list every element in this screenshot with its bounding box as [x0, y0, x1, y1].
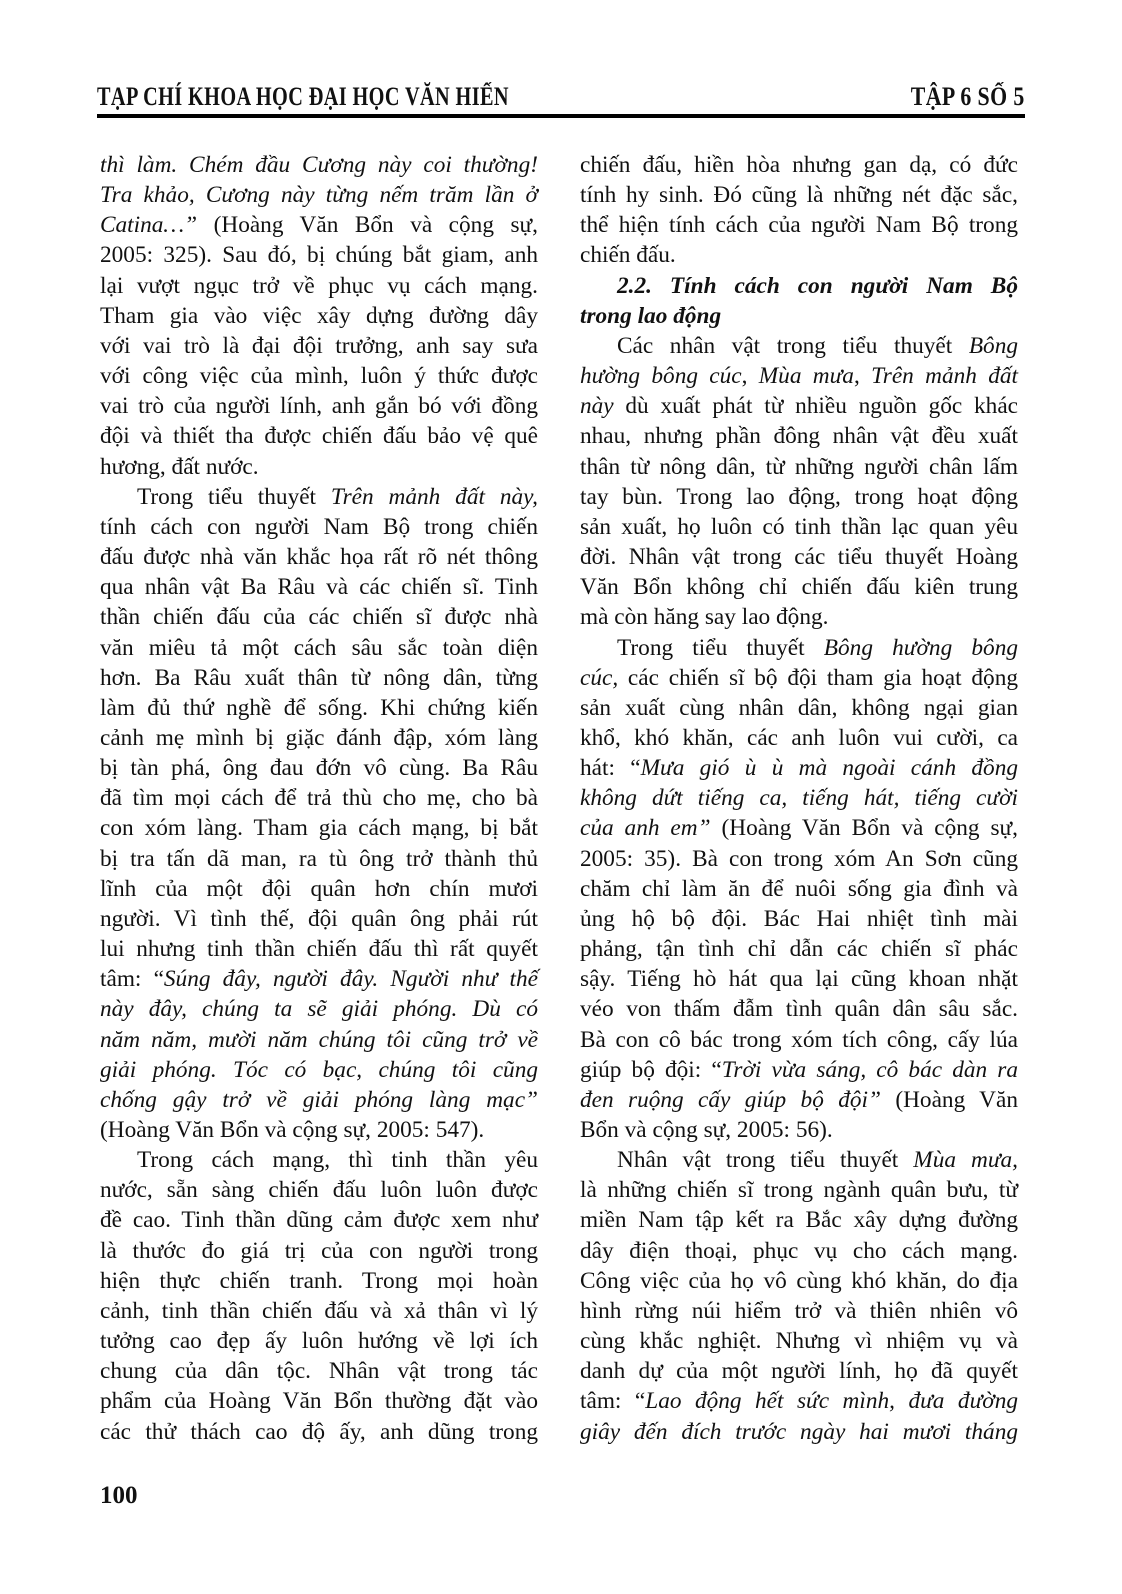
text-run: ủng hộ bộ đội. Bác Hai nhiệt tình mài [580, 906, 1018, 932]
text-run: tính cách con người Nam Bộ trong chiến [100, 514, 538, 540]
text-line: chung của dân tộc. Nhân vật trong tác [100, 1356, 538, 1386]
paragraph: Các nhân vật trong tiểu thuyết Bônghường… [580, 331, 1018, 633]
text-line: con xóm làng. Tham gia cách mạng, bị bắt [100, 813, 538, 843]
text-run: tay bùn. Trong lao động, trong hoạt động [580, 484, 1018, 510]
italic-run: năm năm, mười năm chúng tôi cũng trở về [100, 1027, 538, 1053]
text-line: cúc, các chiến sĩ bộ đội tham gia hoạt đ… [580, 663, 1018, 693]
text-line: Công việc của họ vô cùng khó khăn, do đị… [580, 1266, 1018, 1296]
italic-run: giây đến đích trước ngày hai mươi tháng [580, 1419, 1018, 1445]
text-line: thần chiến đấu của các chiến sĩ được nhà [100, 602, 538, 632]
text-line: làm đủ thứ nghề để sống. Khi chứng kiến [100, 693, 538, 723]
italic-run: cúc, [580, 665, 618, 691]
text-run: phẩm của Hoàng Văn Bổn thường đặt vào [100, 1388, 538, 1414]
text-run: đời. Nhân vật trong các tiểu thuyết Hoàn… [580, 544, 1018, 570]
text-line: thân từ nông dân, từ những người chân lấ… [580, 452, 1018, 482]
text-line: Trong tiểu thuyết Trên mảnh đất này, [100, 482, 538, 512]
text-line: Tham gia vào việc xây dựng đường dây [100, 301, 538, 331]
text-run: Các nhân vật trong tiểu thuyết [617, 333, 969, 359]
text-line: trong lao động [580, 301, 1018, 331]
text-run: hình rừng núi hiểm trở và thiên nhiên vô [580, 1298, 1018, 1324]
italic-run: đen ruộng cấy giúp bộ đội” [580, 1087, 881, 1113]
text-run: thân từ nông dân, từ những người chân lấ… [580, 454, 1018, 480]
text-run: chung của dân tộc. Nhân vật trong tác [100, 1358, 538, 1384]
text-run: sậy. Tiếng hò hát qua lại cũng khoan nhặ… [580, 966, 1018, 992]
text-line: chiến đấu, hiền hòa nhưng gan dạ, có đức [580, 150, 1018, 180]
italic-run: Bông hường bông [824, 635, 1018, 661]
text-line: bị tàn phá, ông đau đớn vô cùng. Ba Râu [100, 753, 538, 783]
paragraph: Trong cách mạng, thì tinh thần yêunước, … [100, 1145, 538, 1447]
text-run: thần chiến đấu của các chiến sĩ được nhà [100, 604, 538, 630]
paragraph: chiến đấu, hiền hòa nhưng gan dạ, có đức… [580, 150, 1018, 271]
text-line: Nhân vật trong tiểu thuyết Mùa mưa, [580, 1145, 1018, 1175]
text-line: giây đến đích trước ngày hai mươi tháng [580, 1417, 1018, 1447]
text-line: (Hoàng Văn Bổn và cộng sự, 2005: 547). [100, 1115, 538, 1145]
text-line: này dù xuất phát từ nhiều nguồn gốc khác [580, 391, 1018, 421]
italic-run: Trời vừa sáng, cô bác dàn ra [722, 1057, 1018, 1083]
text-line: chống gậy trở về giải phóng làng mạc” [100, 1085, 538, 1115]
text-line: hường bông cúc, Mùa mưa, Trên mảnh đất [580, 361, 1018, 391]
italic-run: Catina…” [100, 212, 197, 238]
heading-run: trong lao động [580, 303, 721, 329]
text-line: tay bùn. Trong lao động, trong hoạt động [580, 482, 1018, 512]
text-line: đội và thiết tha được chiến đấu bảo vệ q… [100, 421, 538, 451]
text-line: thì làm. Chém đầu Cương này coi thường! [100, 150, 538, 180]
text-run: dù xuất phát từ nhiều nguồn gốc khác [614, 393, 1018, 419]
text-run: phảng, tận tình chỉ dẫn các chiến sĩ phá… [580, 936, 1018, 962]
italic-run: này [580, 393, 614, 419]
italic-run: không dứt tiếng ca, tiếng hát, tiếng cườ… [580, 785, 1018, 811]
italic-run: này đây, chúng ta sẽ giải phóng. Dù có [100, 996, 538, 1022]
italic-run: Lao động hết sức mình, đưa đường [645, 1388, 1018, 1414]
text-run: là những chiến sĩ trong ngành quân bưu, … [580, 1177, 1018, 1203]
text-line: cảnh, tinh thần chiến đấu và xả thân vì … [100, 1296, 538, 1326]
text-line: miền Nam tập kết ra Bắc xây dựng đường [580, 1205, 1018, 1235]
text-line: cảnh mẹ mình bị giặc đánh đập, xóm làng [100, 723, 538, 753]
text-line: đã tìm mọi cách để trả thù cho mẹ, cho b… [100, 783, 538, 813]
text-run: Trong tiểu thuyết [617, 635, 824, 661]
paragraph: Trong tiểu thuyết Bông hường bôngcúc, cá… [580, 633, 1018, 1146]
text-run: cảnh, tinh thần chiến đấu và xả thân vì … [100, 1298, 538, 1324]
text-line: với vai trò là đại đội trưởng, anh say s… [100, 331, 538, 361]
text-line: Catina…” (Hoàng Văn Bổn và cộng sự, [100, 210, 538, 240]
text-line: đề cao. Tinh thần dũng cảm được xem như [100, 1205, 538, 1235]
text-line: Trong tiểu thuyết Bông hường bông [580, 633, 1018, 663]
text-run: lại vượt ngục trở về phục vụ cách mạng. [100, 273, 538, 299]
text-line: này đây, chúng ta sẽ giải phóng. Dù có [100, 994, 538, 1024]
text-run: các chiến sĩ bộ đội tham gia hoạt động [618, 665, 1018, 691]
text-line: hơn. Ba Râu xuất thân từ nông dân, từng [100, 663, 538, 693]
text-line: phẩm của Hoàng Văn Bổn thường đặt vào [100, 1386, 538, 1416]
text-run: Trong tiểu thuyết [137, 484, 331, 510]
text-run: người. Vì tình thế, đội quân ông phải rú… [100, 906, 538, 932]
italic-run: hường bông cúc [580, 363, 742, 389]
text-run: dây điện thoại, phục vụ cho cách mạng. [580, 1238, 1018, 1264]
text-run: qua nhân vật Ba Râu và các chiến sĩ. Tin… [100, 574, 538, 600]
italic-run: Súng đây, người đây. Người như thế [164, 966, 538, 992]
italic-run: giải phóng. Tóc có bạc, chúng tôi cũng [100, 1057, 538, 1083]
text-run: Bổn và cộng sự, 2005: 56). [580, 1117, 833, 1143]
italic-run: thì làm. Chém đầu Cương này coi thường! [100, 152, 538, 178]
text-line: đấu được nhà văn khắc họa rất rõ nét thô… [100, 542, 538, 572]
text-line: là thước đo giá trị của con người trong [100, 1236, 538, 1266]
text-run: làm đủ thứ nghề để sống. Khi chứng kiến [100, 695, 538, 721]
text-run: thể hiện tính cách của người Nam Bộ tron… [580, 212, 1018, 238]
text-run: đã tìm mọi cách để trả thù cho mẹ, cho b… [100, 785, 538, 811]
text-run: là thước đo giá trị của con người trong [100, 1238, 538, 1264]
text-line: Trong cách mạng, thì tinh thần yêu [100, 1145, 538, 1175]
text-line: tưởng cao đẹp ấy luôn hướng về lợi ích [100, 1326, 538, 1356]
text-line: năm năm, mười năm chúng tôi cũng trở về [100, 1025, 538, 1055]
text-run: , [742, 363, 759, 389]
text-line: lĩnh của một đội quân hơn chín mươi [100, 874, 538, 904]
text-run: lui nhưng tinh thần chiến đấu thì rất qu… [100, 936, 538, 962]
text-line: các thử thách cao độ ấy, anh dũng trong [100, 1417, 538, 1447]
text-run: Trong cách mạng, thì tinh thần yêu [137, 1147, 538, 1173]
italic-run: Tra khảo, Cương này từng nếm trăm lần ở [100, 182, 538, 208]
text-run: mà còn hăng say lao động. [580, 604, 828, 630]
heading-run: 2.2. Tính cách con người Nam Bộ [617, 273, 1018, 299]
text-run: đấu được nhà văn khắc họa rất rõ nét thô… [100, 544, 538, 570]
text-run: vai trò của người lính, anh gắn bó với đ… [100, 393, 538, 419]
italic-run: Mùa mưa [759, 363, 854, 389]
text-line: người. Vì tình thế, đội quân ông phải rú… [100, 904, 538, 934]
text-run: Tham gia vào việc xây dựng đường dây [100, 303, 538, 329]
text-run: chiến đấu. [580, 242, 676, 268]
text-run: với vai trò là đại đội trưởng, anh say s… [100, 333, 538, 359]
text-line: của anh em” (Hoàng Văn Bổn và cộng sự, [580, 813, 1018, 843]
italic-run: của anh em” [580, 815, 711, 841]
italic-run: Bông [969, 333, 1018, 359]
text-run: bị tàn phá, ông đau đớn vô cùng. Ba Râu [100, 755, 538, 781]
italic-run: Mưa gió ù ù mà ngoài cánh đồng [641, 755, 1018, 781]
text-run: sản xuất, họ luôn có tinh thần lạc quan … [580, 514, 1018, 540]
text-run: tính hy sinh. Đó cũng là những nét đặc s… [580, 182, 1018, 208]
text-line: giải phóng. Tóc có bạc, chúng tôi cũng [100, 1055, 538, 1085]
text-run: véo von thấm đẫm tình quân dân sâu sắc. [580, 996, 1018, 1022]
text-run: hương, đất nước. [100, 454, 259, 480]
text-run: nước, sẵn sàng chiến đấu luôn luôn được [100, 1177, 538, 1203]
text-line: tính cách con người Nam Bộ trong chiến [100, 512, 538, 542]
text-line: qua nhân vật Ba Râu và các chiến sĩ. Tin… [100, 572, 538, 602]
text-line: Các nhân vật trong tiểu thuyết Bông [580, 331, 1018, 361]
paragraph: Nhân vật trong tiểu thuyết Mùa mưa,là nh… [580, 1145, 1018, 1447]
text-run: danh dự của một người lính, họ đã quyết [580, 1358, 1018, 1384]
text-run: (Hoàng Văn [881, 1087, 1018, 1113]
text-run: tâm: “ [100, 966, 164, 992]
text-run: , [854, 363, 871, 389]
text-run: miền Nam tập kết ra Bắc xây dựng đường [580, 1207, 1018, 1233]
text-line: nhau, nhưng phần đông nhân vật đều xuất [580, 421, 1018, 451]
text-run: đội và thiết tha được chiến đấu bảo vệ q… [100, 423, 538, 449]
text-line: giúp bộ đội: “Trời vừa sáng, cô bác dàn … [580, 1055, 1018, 1085]
text-line: hình rừng núi hiểm trở và thiên nhiên vô [580, 1296, 1018, 1326]
text-line: sản xuất, họ luôn có tinh thần lạc quan … [580, 512, 1018, 542]
text-line: chăm chỉ làm ăn để nuôi sống gia đình và [580, 874, 1018, 904]
text-line: sậy. Tiếng hò hát qua lại cũng khoan nhặ… [580, 964, 1018, 994]
text-run: cảnh mẹ mình bị giặc đánh đập, xóm làng [100, 725, 538, 751]
text-run: với công việc của mình, luôn ý thức được [100, 363, 538, 389]
text-line: Tra khảo, Cương này từng nếm trăm lần ở [100, 180, 538, 210]
text-run: hát: “ [580, 755, 641, 781]
text-line: đời. Nhân vật trong các tiểu thuyết Hoàn… [580, 542, 1018, 572]
text-line: véo von thấm đẫm tình quân dân sâu sắc. [580, 994, 1018, 1024]
header-rule [97, 114, 1025, 118]
text-line: lại vượt ngục trở về phục vụ cách mạng. [100, 271, 538, 301]
text-line: nước, sẵn sàng chiến đấu luôn luôn được [100, 1175, 538, 1205]
text-line: không dứt tiếng ca, tiếng hát, tiếng cườ… [580, 783, 1018, 813]
text-run: sản xuất cùng nhân dân, không ngại gian [580, 695, 1018, 721]
running-head: TẠP CHÍ KHOA HỌC ĐẠI HỌC VĂN HIẾN TẬP 6 … [97, 82, 1025, 112]
text-line: khổ, khó khăn, các anh luôn vui cười, ca [580, 723, 1018, 753]
text-run: khổ, khó khăn, các anh luôn vui cười, ca [580, 725, 1018, 751]
paragraph: thì làm. Chém đầu Cương này coi thường!T… [100, 150, 538, 482]
text-line: tính hy sinh. Đó cũng là những nét đặc s… [580, 180, 1018, 210]
text-run: tâm: “ [580, 1388, 645, 1414]
text-line: danh dự của một người lính, họ đã quyết [580, 1356, 1018, 1386]
journal-page: TẠP CHÍ KHOA HỌC ĐẠI HỌC VĂN HIẾN TẬP 6 … [0, 0, 1122, 1594]
text-run: tưởng cao đẹp ấy luôn hướng về lợi ích [100, 1328, 538, 1354]
text-line: 2.2. Tính cách con người Nam Bộ [580, 271, 1018, 301]
text-line: ủng hộ bộ đội. Bác Hai nhiệt tình mài [580, 904, 1018, 934]
text-line: 2005: 35). Bà con trong xóm An Sơn cũng [580, 844, 1018, 874]
text-column-right: chiến đấu, hiền hòa nhưng gan dạ, có đức… [580, 150, 1018, 1447]
text-line: mà còn hăng say lao động. [580, 602, 1018, 632]
text-line: 2005: 325). Sau đó, bị chúng bắt giam, a… [100, 240, 538, 270]
text-line: hương, đất nước. [100, 452, 538, 482]
italic-run: Trên mảnh đất này, [331, 484, 538, 510]
text-run: cùng khắc nghiệt. Nhưng vì nhiệm vụ và [580, 1328, 1018, 1354]
text-run: các thử thách cao độ ấy, anh dũng trong [100, 1419, 538, 1445]
italic-run: Trên mảnh đất [871, 363, 1018, 389]
text-line: chiến đấu. [580, 240, 1018, 270]
text-run: nhau, nhưng phần đông nhân vật đều xuất [580, 423, 1018, 449]
text-run: (Hoàng Văn Bổn và cộng sự, [197, 212, 538, 238]
text-run: giúp bộ đội: “ [580, 1057, 722, 1083]
paragraph: Trong tiểu thuyết Trên mảnh đất này,tính… [100, 482, 538, 1145]
text-line: đen ruộng cấy giúp bộ đội” (Hoàng Văn [580, 1085, 1018, 1115]
text-line: hiện thực chiến tranh. Trong mọi hoàn [100, 1266, 538, 1296]
journal-title: TẠP CHÍ KHOA HỌC ĐẠI HỌC VĂN HIẾN [97, 82, 509, 112]
text-run: văn miêu tả một cách sâu sắc toàn diện [100, 635, 538, 661]
text-column-left: thì làm. Chém đầu Cương này coi thường!T… [100, 150, 538, 1447]
text-line: là những chiến sĩ trong ngành quân bưu, … [580, 1175, 1018, 1205]
text-line: Bổn và cộng sự, 2005: 56). [580, 1115, 1018, 1145]
text-run: đề cao. Tinh thần dũng cảm được xem như [100, 1207, 538, 1233]
page-number: 100 [100, 1482, 138, 1510]
text-columns: thì làm. Chém đầu Cương này coi thường!T… [100, 150, 1018, 1447]
italic-run: chống gậy trở về giải phóng làng mạc” [100, 1087, 538, 1113]
text-line: dây điện thoại, phục vụ cho cách mạng. [580, 1236, 1018, 1266]
text-run: (Hoàng Văn Bổn và cộng sự, [711, 815, 1018, 841]
text-line: tâm: “Lao động hết sức mình, đưa đường [580, 1386, 1018, 1416]
text-line: hát: “Mưa gió ù ù mà ngoài cánh đồng [580, 753, 1018, 783]
text-line: Văn Bổn không chỉ chiến đấu kiên trung [580, 572, 1018, 602]
text-line: cùng khắc nghiệt. Nhưng vì nhiệm vụ và [580, 1326, 1018, 1356]
section-heading: 2.2. Tính cách con người Nam Bộtrong lao… [580, 271, 1018, 331]
text-run: 2005: 325). Sau đó, bị chúng bắt giam, a… [100, 242, 538, 268]
text-line: bị tra tấn dã man, ra tù ông trở thành t… [100, 844, 538, 874]
text-line: văn miêu tả một cách sâu sắc toàn diện [100, 633, 538, 663]
text-line: phảng, tận tình chỉ dẫn các chiến sĩ phá… [580, 934, 1018, 964]
text-line: sản xuất cùng nhân dân, không ngại gian [580, 693, 1018, 723]
text-run: Nhân vật trong tiểu thuyết [617, 1147, 913, 1173]
text-run: con xóm làng. Tham gia cách mạng, bị bắt [100, 815, 538, 841]
text-run: Công việc của họ vô cùng khó khăn, do đị… [580, 1268, 1018, 1294]
text-line: lui nhưng tinh thần chiến đấu thì rất qu… [100, 934, 538, 964]
text-run: bị tra tấn dã man, ra tù ông trở thành t… [100, 846, 538, 872]
text-run: hơn. Ba Râu xuất thân từ nông dân, từng [100, 665, 538, 691]
text-line: vai trò của người lính, anh gắn bó với đ… [100, 391, 538, 421]
text-run: chăm chỉ làm ăn để nuôi sống gia đình và [580, 876, 1018, 902]
text-line: Bà con cô bác trong xóm tích công, cấy l… [580, 1025, 1018, 1055]
text-run: Bà con cô bác trong xóm tích công, cấy l… [580, 1027, 1018, 1053]
text-line: thể hiện tính cách của người Nam Bộ tron… [580, 210, 1018, 240]
text-run: hiện thực chiến tranh. Trong mọi hoàn [100, 1268, 538, 1294]
text-run: lĩnh của một đội quân hơn chín mươi [100, 876, 538, 902]
text-run: (Hoàng Văn Bổn và cộng sự, 2005: 547). [100, 1117, 484, 1143]
issue-label: TẬP 6 SỐ 5 [911, 82, 1025, 112]
text-line: với công việc của mình, luôn ý thức được [100, 361, 538, 391]
text-run: chiến đấu, hiền hòa nhưng gan dạ, có đức [580, 152, 1018, 178]
text-run: 2005: 35). Bà con trong xóm An Sơn cũng [580, 846, 1018, 872]
text-run: Văn Bổn không chỉ chiến đấu kiên trung [580, 574, 1018, 600]
italic-run: Mùa mưa, [913, 1147, 1018, 1173]
text-line: tâm: “Súng đây, người đây. Người như thế [100, 964, 538, 994]
